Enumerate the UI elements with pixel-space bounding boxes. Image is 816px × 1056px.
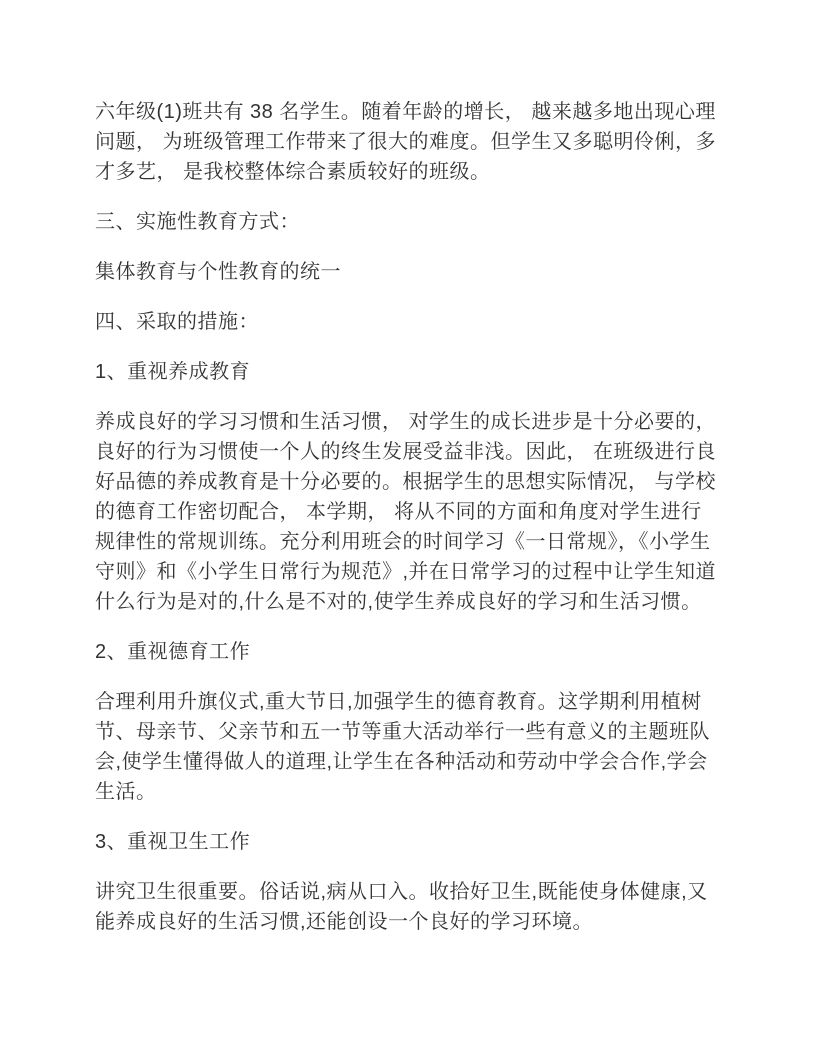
paragraph-class-overview: 六年级(1)班共有 38 名学生。随着年龄的增长， 越来越多地出现心理问题， 为… [95, 97, 720, 187]
paragraph-measure-3-hygiene-work: 讲究卫生很重要。俗话说,病从口入。收拾好卫生,既能使身体健康,又能养成良好的生活… [95, 877, 720, 937]
paragraph-measure-1-habit-education: 养成良好的学习习惯和生活习惯， 对学生的成长进步是十分必要的，良好的行为习惯使一… [95, 407, 720, 617]
heading-section-four-measures: 四、采取的措施： [95, 307, 720, 337]
heading-section-three-education-method: 三、实施性教育方式： [95, 207, 720, 237]
heading-measure-3-hygiene-work: 3、重视卫生工作 [95, 827, 720, 857]
line-collective-individual-education: 集体教育与个性教育的统一 [95, 257, 720, 287]
heading-measure-1-habit-education: 1、重视养成教育 [95, 357, 720, 387]
document-page: 六年级(1)班共有 38 名学生。随着年龄的增长， 越来越多地出现心理问题， 为… [0, 0, 816, 1056]
paragraph-measure-2-moral-education: 合理利用升旗仪式,重大节日,加强学生的德育教育。这学期利用植树节、母亲节、父亲节… [95, 687, 720, 807]
heading-measure-2-moral-education: 2、重视德育工作 [95, 637, 720, 667]
